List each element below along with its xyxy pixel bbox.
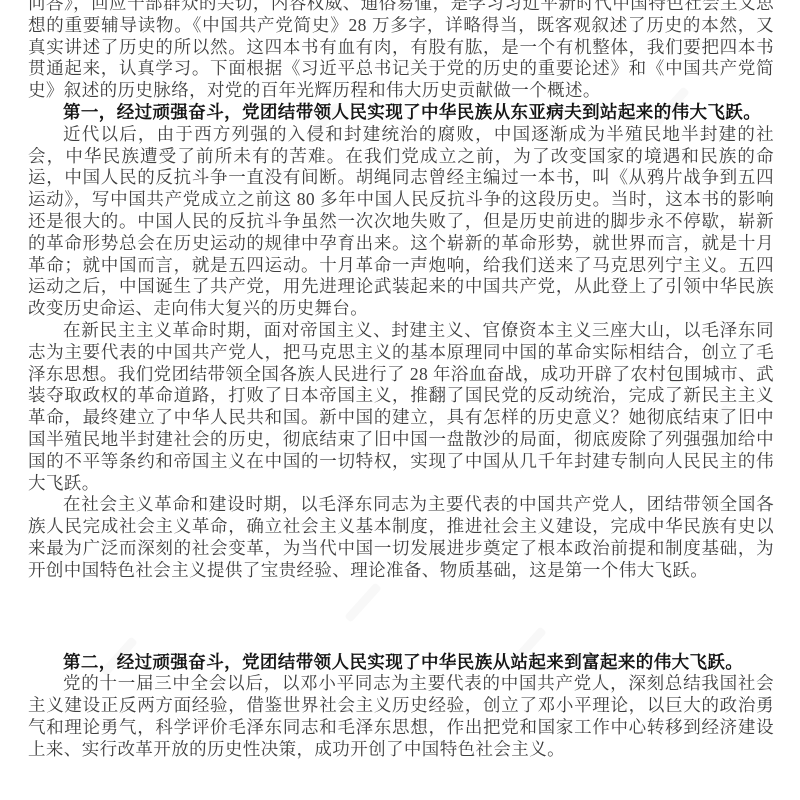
paragraph-new-democratic-revolution: 在新民主主义革命时期，面对帝国主义、封建主义、官僚资本主义三座大山，以毛泽东同志…: [28, 320, 774, 494]
paragraph-intro-continued: 问答》，回应干部群众的关切，内容权威、通俗易懂，是学习习近平新时代中国特色社会主…: [28, 0, 774, 102]
paragraph-modern-resistance: 近代以后，由于西方列强的入侵和封建统治的腐败，中国逐渐成为半殖民地半封建的社会，…: [28, 124, 774, 320]
document-text-column: 问答》，回应干部群众的关切，内容权威、通俗易懂，是学习习近平新时代中国特色社会主…: [28, 0, 774, 761]
paragraph-socialist-revolution-construction: 在社会主义革命和建设时期，以毛泽东同志为主要代表的中国共产党人，团结带领全国各族…: [28, 494, 774, 581]
heading-second-great-leap: 第二，经过顽强奋斗，党团结带领人民实现了中华民族从站起来到富起来的伟大飞跃。: [28, 652, 774, 674]
paragraph-reform-and-opening: 党的十一届三中全会以后，以邓小平同志为主要代表的中国共产党人，深刻总结我国社会主…: [28, 673, 774, 760]
heading-first-great-leap: 第一，经过顽强奋斗，党团结带领人民实现了中华民族从东亚病夫到站起来的伟大飞跃。: [28, 102, 774, 124]
scanned-document-page: { "document": { "language": "zh-CN", "pa…: [0, 0, 800, 800]
